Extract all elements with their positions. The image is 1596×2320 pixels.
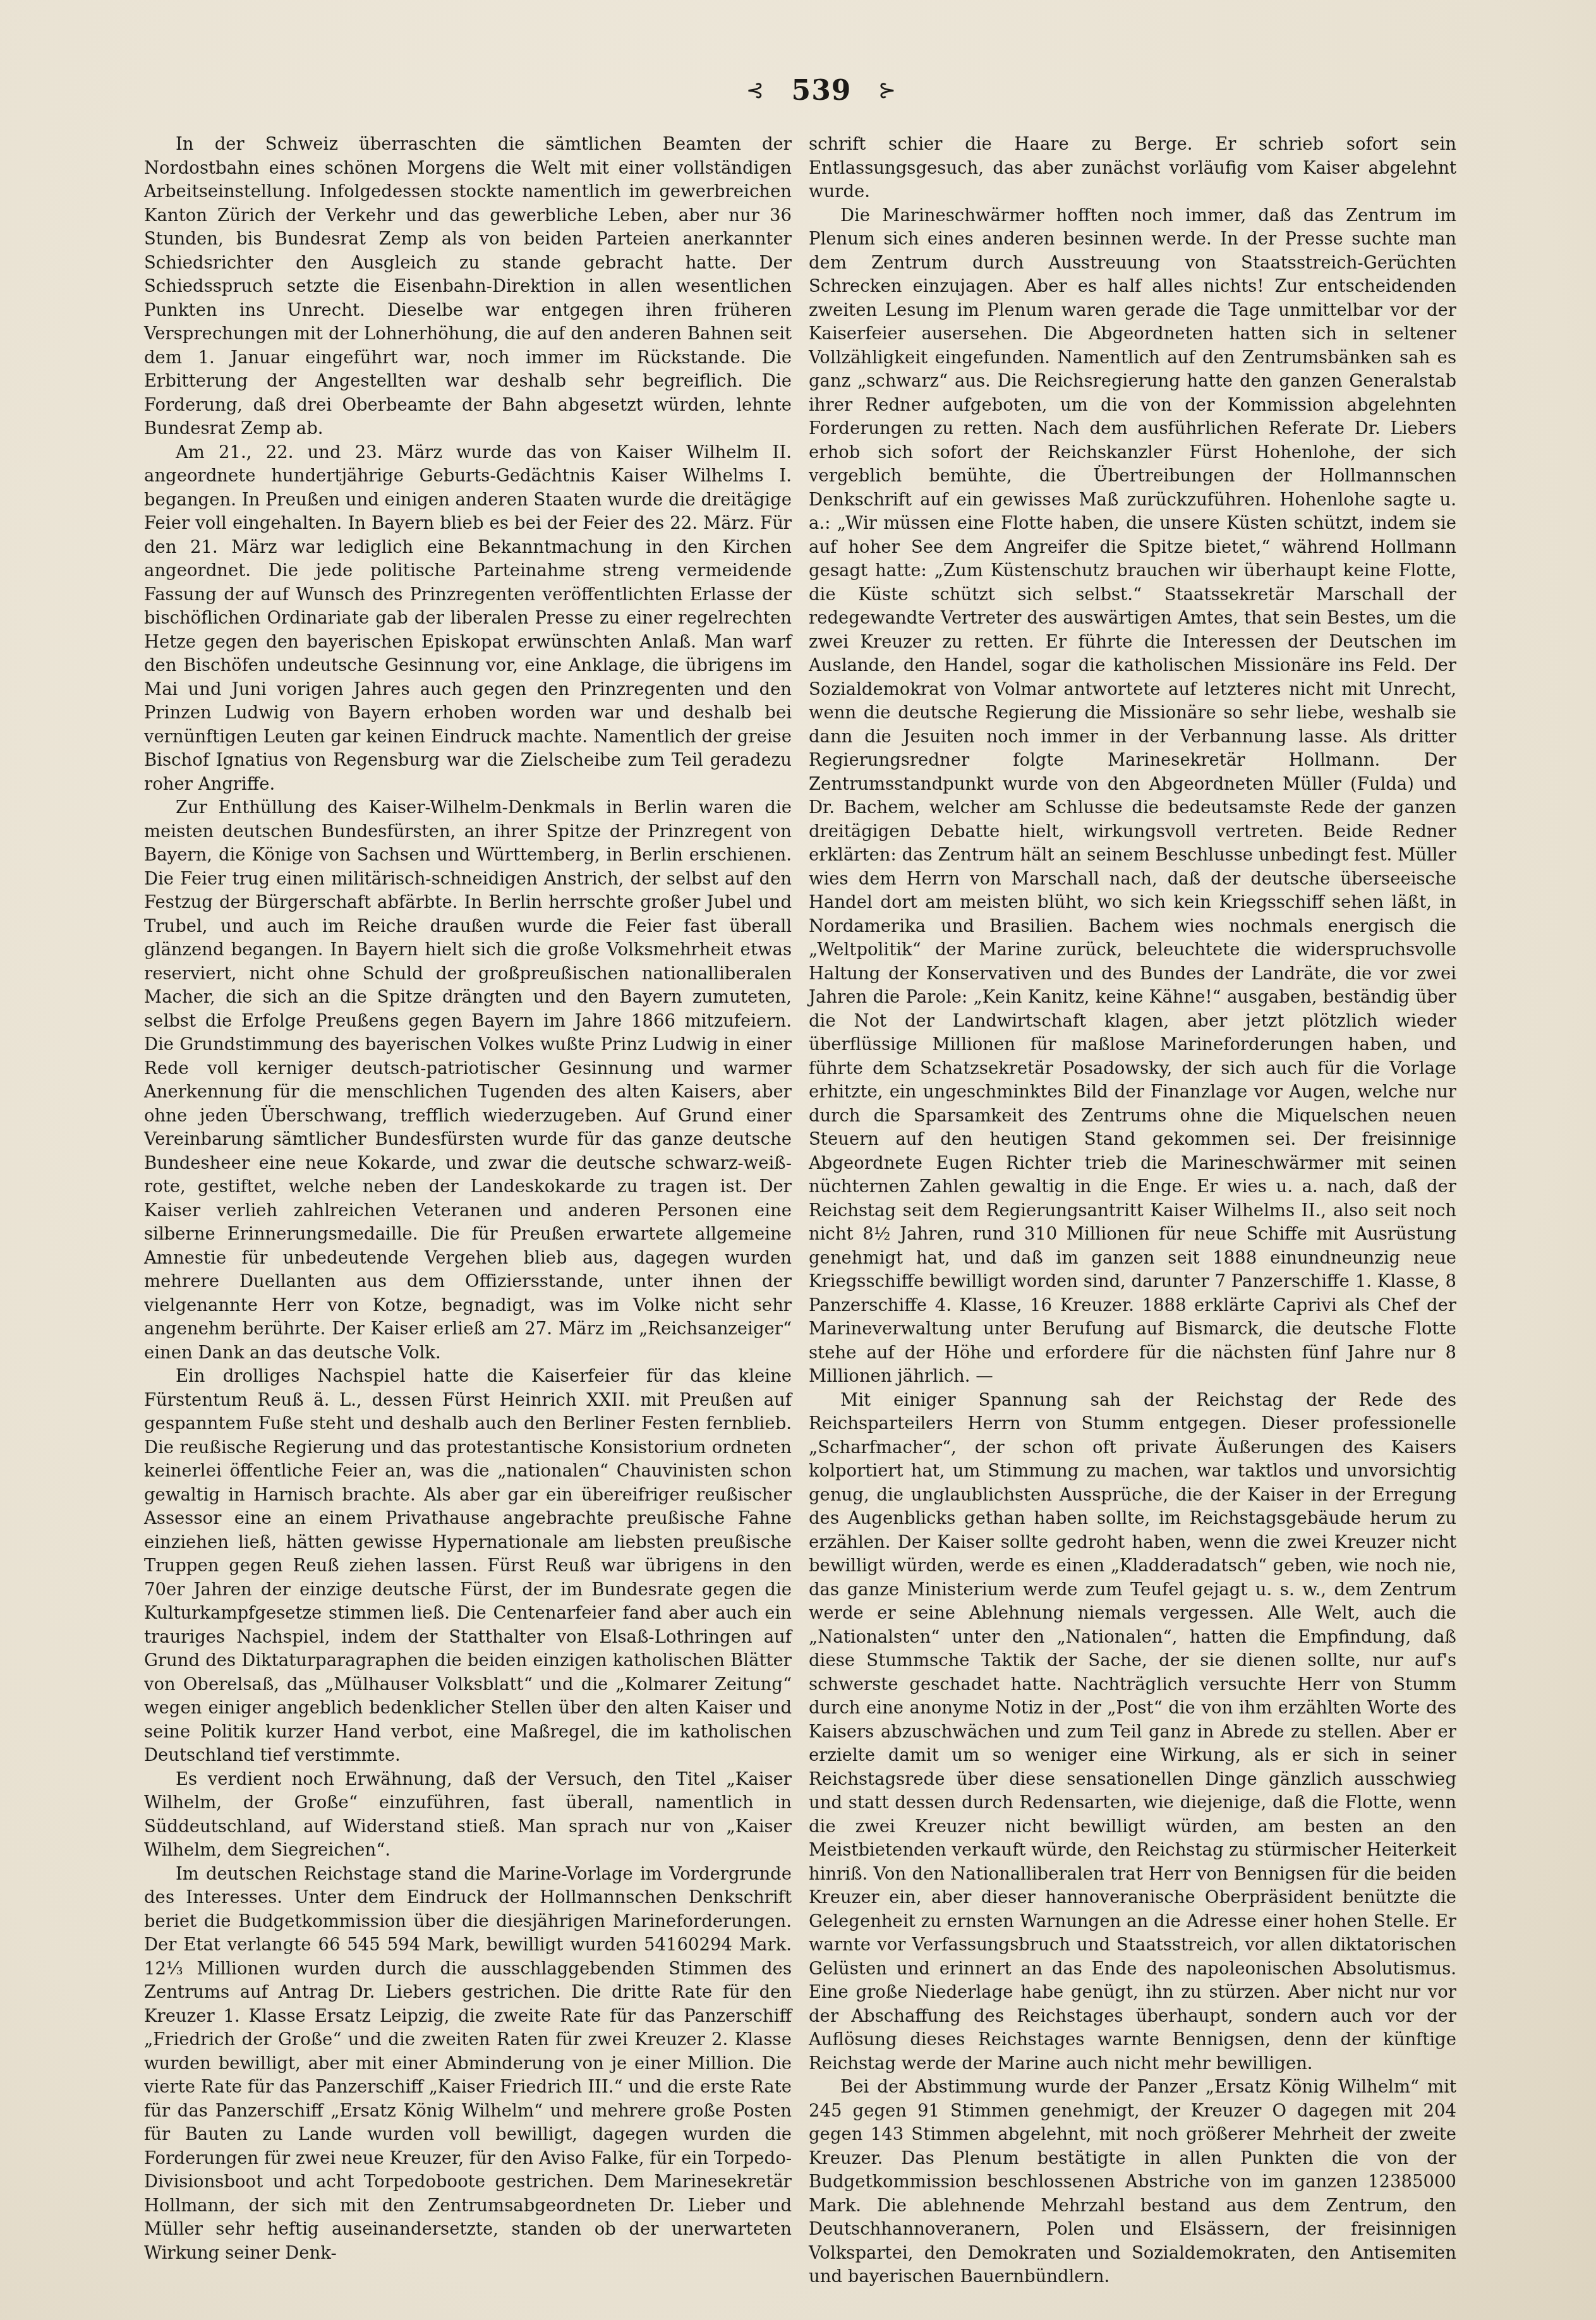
paragraph-vote: Bei der Abstimmung wurde der Panzer „Ers… xyxy=(809,2075,1456,2289)
ornament-right-icon: ⊱ xyxy=(878,78,897,103)
paragraph-marine-bill: Im deutschen Reichstage stand die Marine… xyxy=(144,1863,792,2266)
newspaper-page: ⊰ 539 ⊱ In der Schweiz überraschten die … xyxy=(0,0,1596,2320)
paragraph-centenary: Am 21., 22. und 23. März wurde das von K… xyxy=(144,441,792,797)
ornament-left-icon: ⊰ xyxy=(746,78,765,103)
paragraph-continuation: schrift schier die Haare zu Berge. Er sc… xyxy=(809,133,1456,204)
left-column: In der Schweiz überraschten die sämtlich… xyxy=(144,133,792,2265)
paragraph-swiss-strike: In der Schweiz überraschten die sämtlich… xyxy=(144,133,792,441)
paragraph-plenum-debate: Die Marineschwärmer hofften noch immer, … xyxy=(809,204,1456,1389)
paragraph-monument: Zur Enthüllung des Kaiser-Wilhelm-Denkma… xyxy=(144,796,792,1365)
page-number-header: ⊰ 539 ⊱ xyxy=(695,75,948,107)
paragraph-title: Es verdient noch Erwähnung, daß der Vers… xyxy=(144,1768,792,1863)
page-number: 539 xyxy=(792,75,852,107)
paragraph-reuss: Ein drolliges Nachspiel hatte die Kaiser… xyxy=(144,1365,792,1768)
paragraph-stumm: Mit einiger Spannung sah der Reichstag d… xyxy=(809,1389,1456,2076)
right-column: schrift schier die Haare zu Berge. Er sc… xyxy=(809,133,1456,2289)
